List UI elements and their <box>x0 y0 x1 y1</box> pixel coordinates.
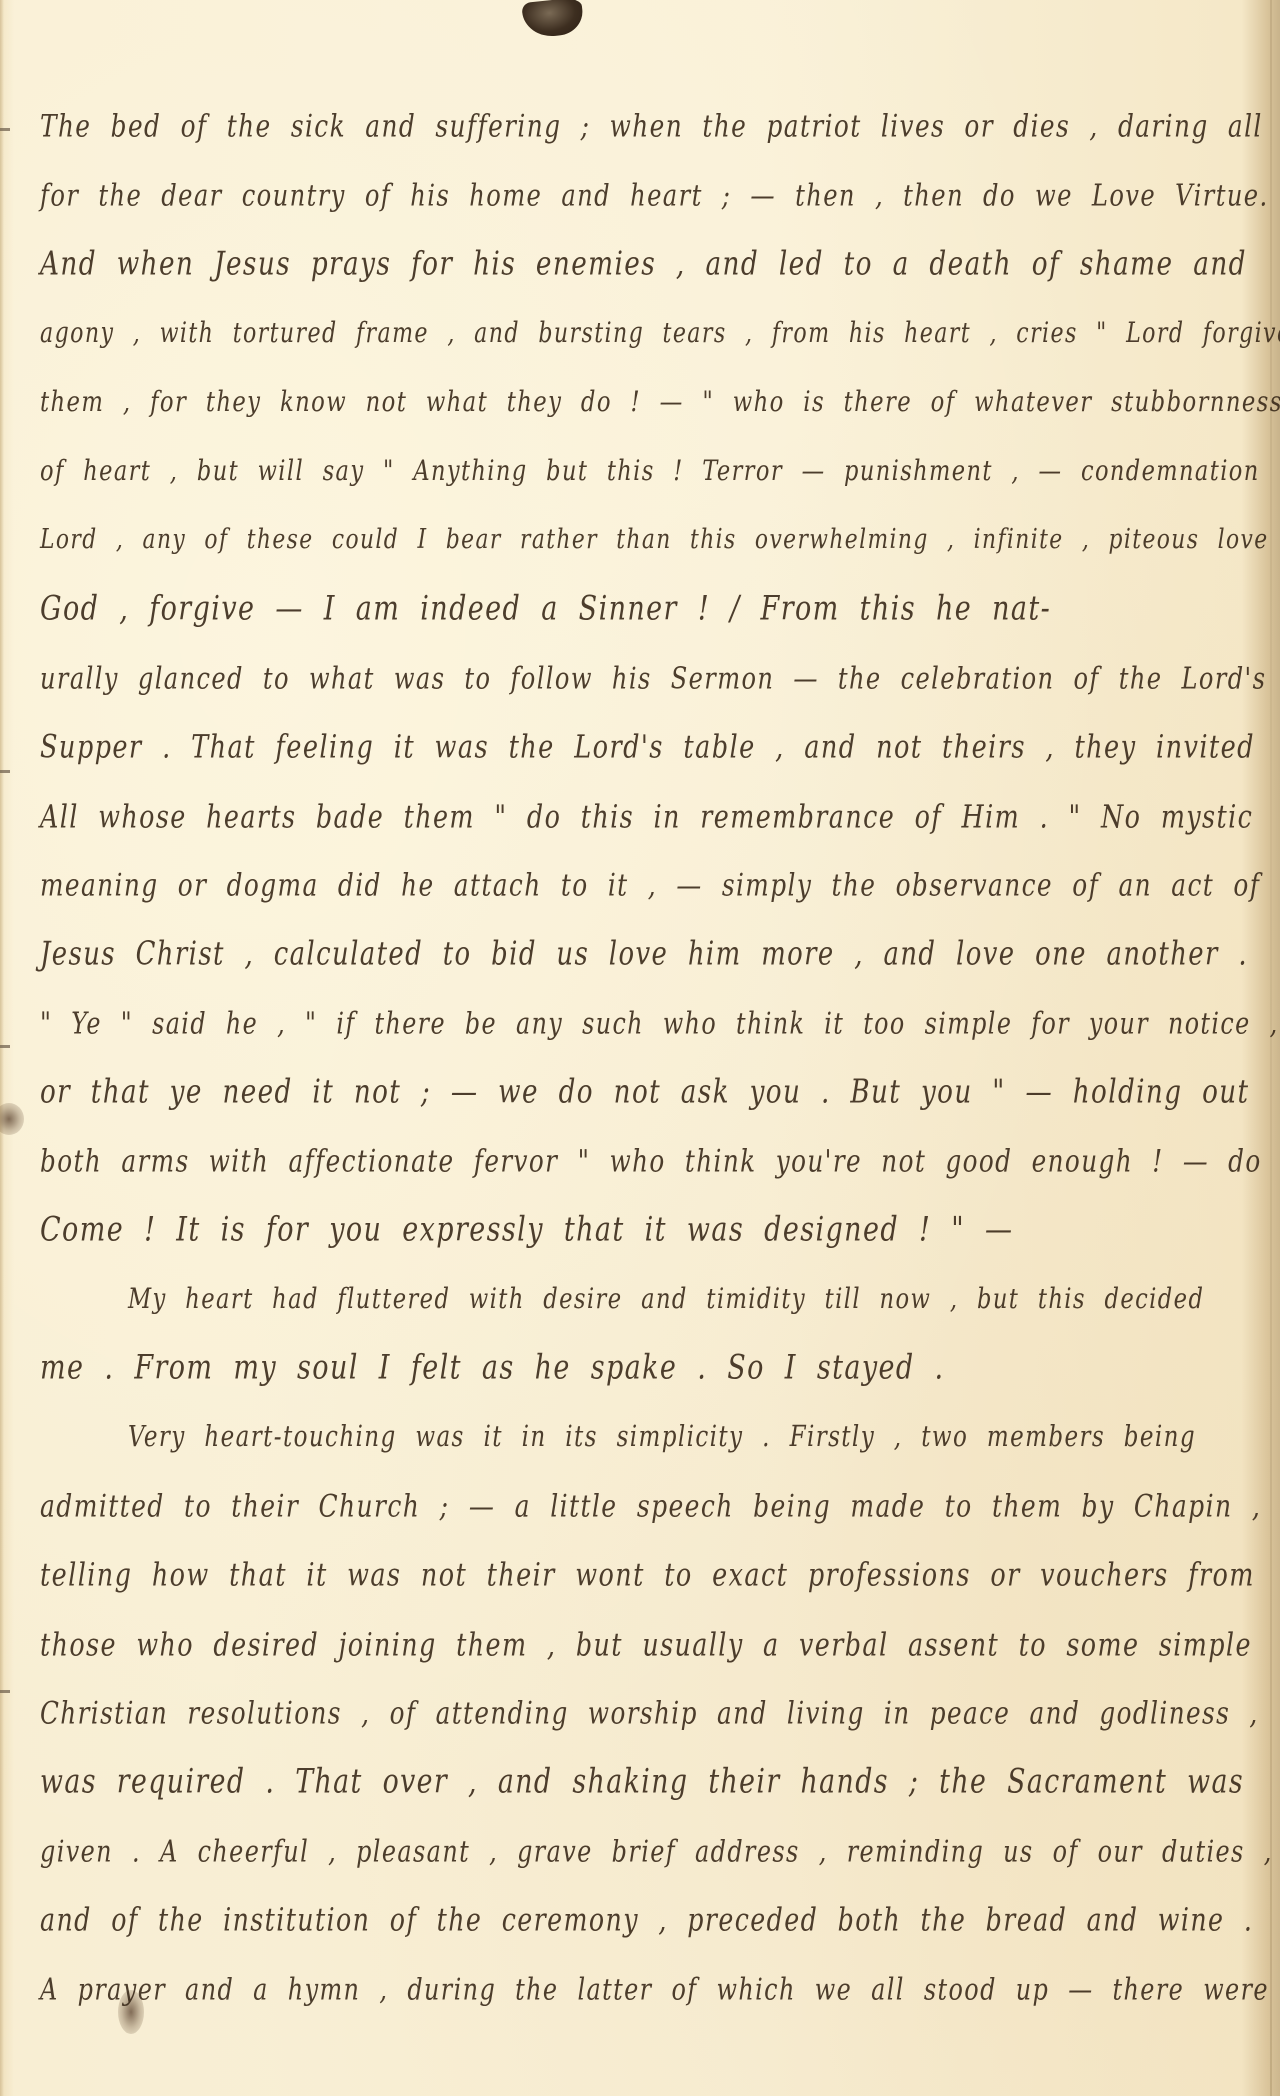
margin-mark <box>0 1690 10 1693</box>
margin-mark <box>0 128 10 131</box>
ink-blot <box>521 0 584 39</box>
margin-mark <box>0 770 10 773</box>
manuscript-text: The bed of the sick and suffering ; when… <box>40 96 1240 2028</box>
page-left-edge <box>0 0 4 2096</box>
margin-mark <box>0 1045 10 1048</box>
margin-stain <box>0 1103 24 1135</box>
manuscript-page: The bed of the sick and suffering ; when… <box>0 0 1280 2096</box>
text-line-28: A prayer and a hymn , during the latter … <box>40 1942 1240 2028</box>
